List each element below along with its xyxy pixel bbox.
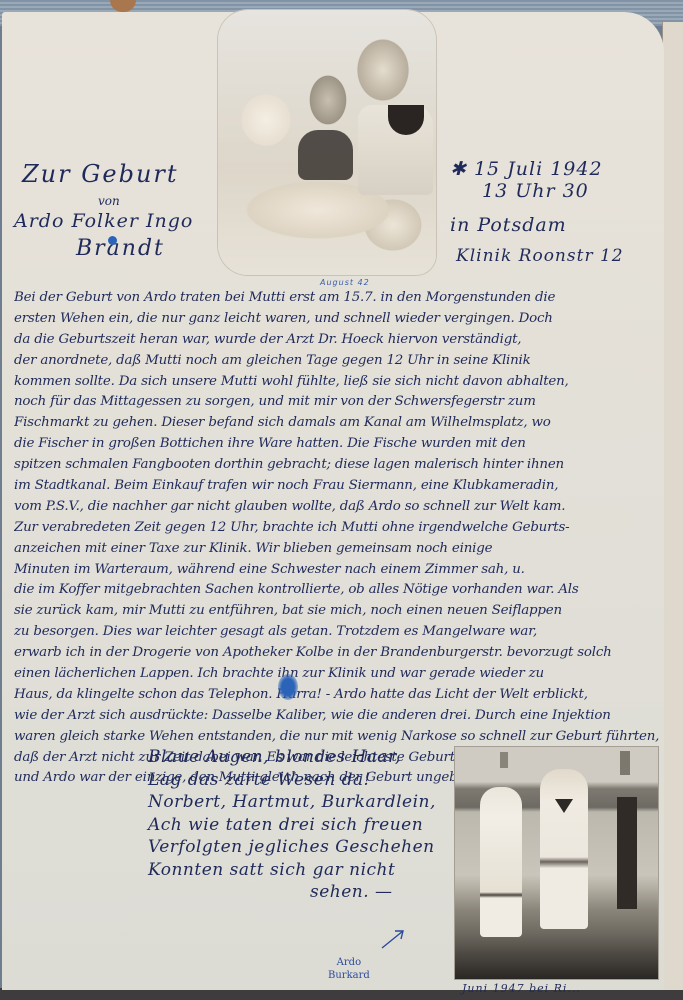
top-photo-caption: August 42 [320, 278, 370, 287]
ink-blot [108, 236, 117, 245]
poem-line: Blaue Augen, blondes Haar, [148, 746, 448, 769]
body-line: zu besorgen. Dies war leichter gesagt al… [14, 622, 660, 643]
arrow-up-right-icon [380, 928, 406, 950]
body-line: anzeichen mit einer Taxe zur Klinik. Wir… [14, 539, 660, 560]
poem-line: Ach wie taten drei sich freuen [148, 814, 448, 837]
birth-date: ✱ 15 Juli 1942 [450, 158, 603, 180]
photo-detail [298, 130, 353, 180]
body-line: die im Koffer mitgebrachten Sachen kontr… [14, 580, 660, 601]
photo-detail [620, 751, 630, 775]
body-line: der anordnete, daß Mutti noch am gleiche… [14, 351, 660, 372]
body-line: im Stadtkanal. Beim Einkauf trafen wir n… [14, 476, 660, 497]
birth-place: in Potsdam [450, 214, 567, 236]
poem-line: Lag das zarte Wesen da! [148, 769, 448, 792]
body-line: ersten Wehen ein, die nur ganz leicht wa… [14, 309, 660, 330]
photo-detail [500, 752, 508, 768]
bottom-photo-caption: Juni 1947 bei Ri... [462, 982, 581, 995]
photo-brothers-with-baby [218, 10, 436, 275]
photo-detail [617, 797, 637, 909]
poem: Blaue Augen, blondes Haar,Lag das zarte … [148, 746, 448, 904]
body-line: noch für das Mittagessen zu sorgen, und … [14, 392, 660, 413]
photo-detail [480, 787, 522, 937]
photo-two-boys-on-jetty [455, 747, 658, 979]
birth-clinic: Klinik Roonstr 12 [456, 246, 624, 266]
body-line: Fischmarkt zu gehen. Dieser befand sich … [14, 413, 660, 434]
poem-line: Konnten satt sich gar nicht [148, 859, 448, 882]
body-line: Zur verabredeten Zeit gegen 12 Uhr, brac… [14, 518, 660, 539]
body-line: spitzen schmalen Fangbooten dorthin gebr… [14, 455, 660, 476]
heading-given-names: Ardo Folker Ingo [14, 210, 193, 232]
body-line: da die Geburtszeit heran war, wurde der … [14, 330, 660, 351]
heading-title: Zur Geburt [22, 160, 179, 188]
body-line: vom P.S.V., die nachher gar nicht glaube… [14, 497, 660, 518]
heading-surname: Brandt [76, 236, 165, 261]
ink-blot [278, 674, 298, 700]
birth-time: 13 Uhr 30 [482, 180, 589, 202]
body-line: waren gleich starke Wehen entstanden, di… [14, 727, 660, 748]
body-line: kommen sollte. Da sich unsere Mutti wohl… [14, 372, 660, 393]
body-line: einen lächerlichen Lappen. Ich brachte i… [14, 664, 660, 685]
facing-page-edge [662, 22, 683, 990]
poem-line: Verfolgten jegliches Geschehen [148, 836, 448, 859]
poem-line: Norbert, Hartmut, Burkardlein, [148, 791, 448, 814]
body-line: erwarb ich in der Drogerie von Apotheker… [14, 643, 660, 664]
body-line: Haus, da klingelte schon das Telephon. H… [14, 685, 660, 706]
poem-line: sehen. — [148, 881, 448, 904]
name-annotation: ArdoBurkard [328, 956, 370, 982]
annotation-name: Burkard [328, 969, 370, 982]
heading-von: von [98, 194, 120, 208]
body-line: sie zurück kam, mir Mutti zu entführen, … [14, 601, 660, 622]
photo-detail [540, 769, 588, 929]
body-line: wie der Arzt sich ausdrückte: Dasselbe K… [14, 706, 660, 727]
body-line: die Fischer in großen Bottichen ihre War… [14, 434, 660, 455]
annotation-name: Ardo [328, 956, 370, 969]
body-line: Minuten im Warteraum, während eine Schwe… [14, 560, 660, 581]
body-line: Bei der Geburt von Ardo traten bei Mutti… [14, 288, 660, 309]
body-text: Bei der Geburt von Ardo traten bei Mutti… [14, 288, 660, 789]
